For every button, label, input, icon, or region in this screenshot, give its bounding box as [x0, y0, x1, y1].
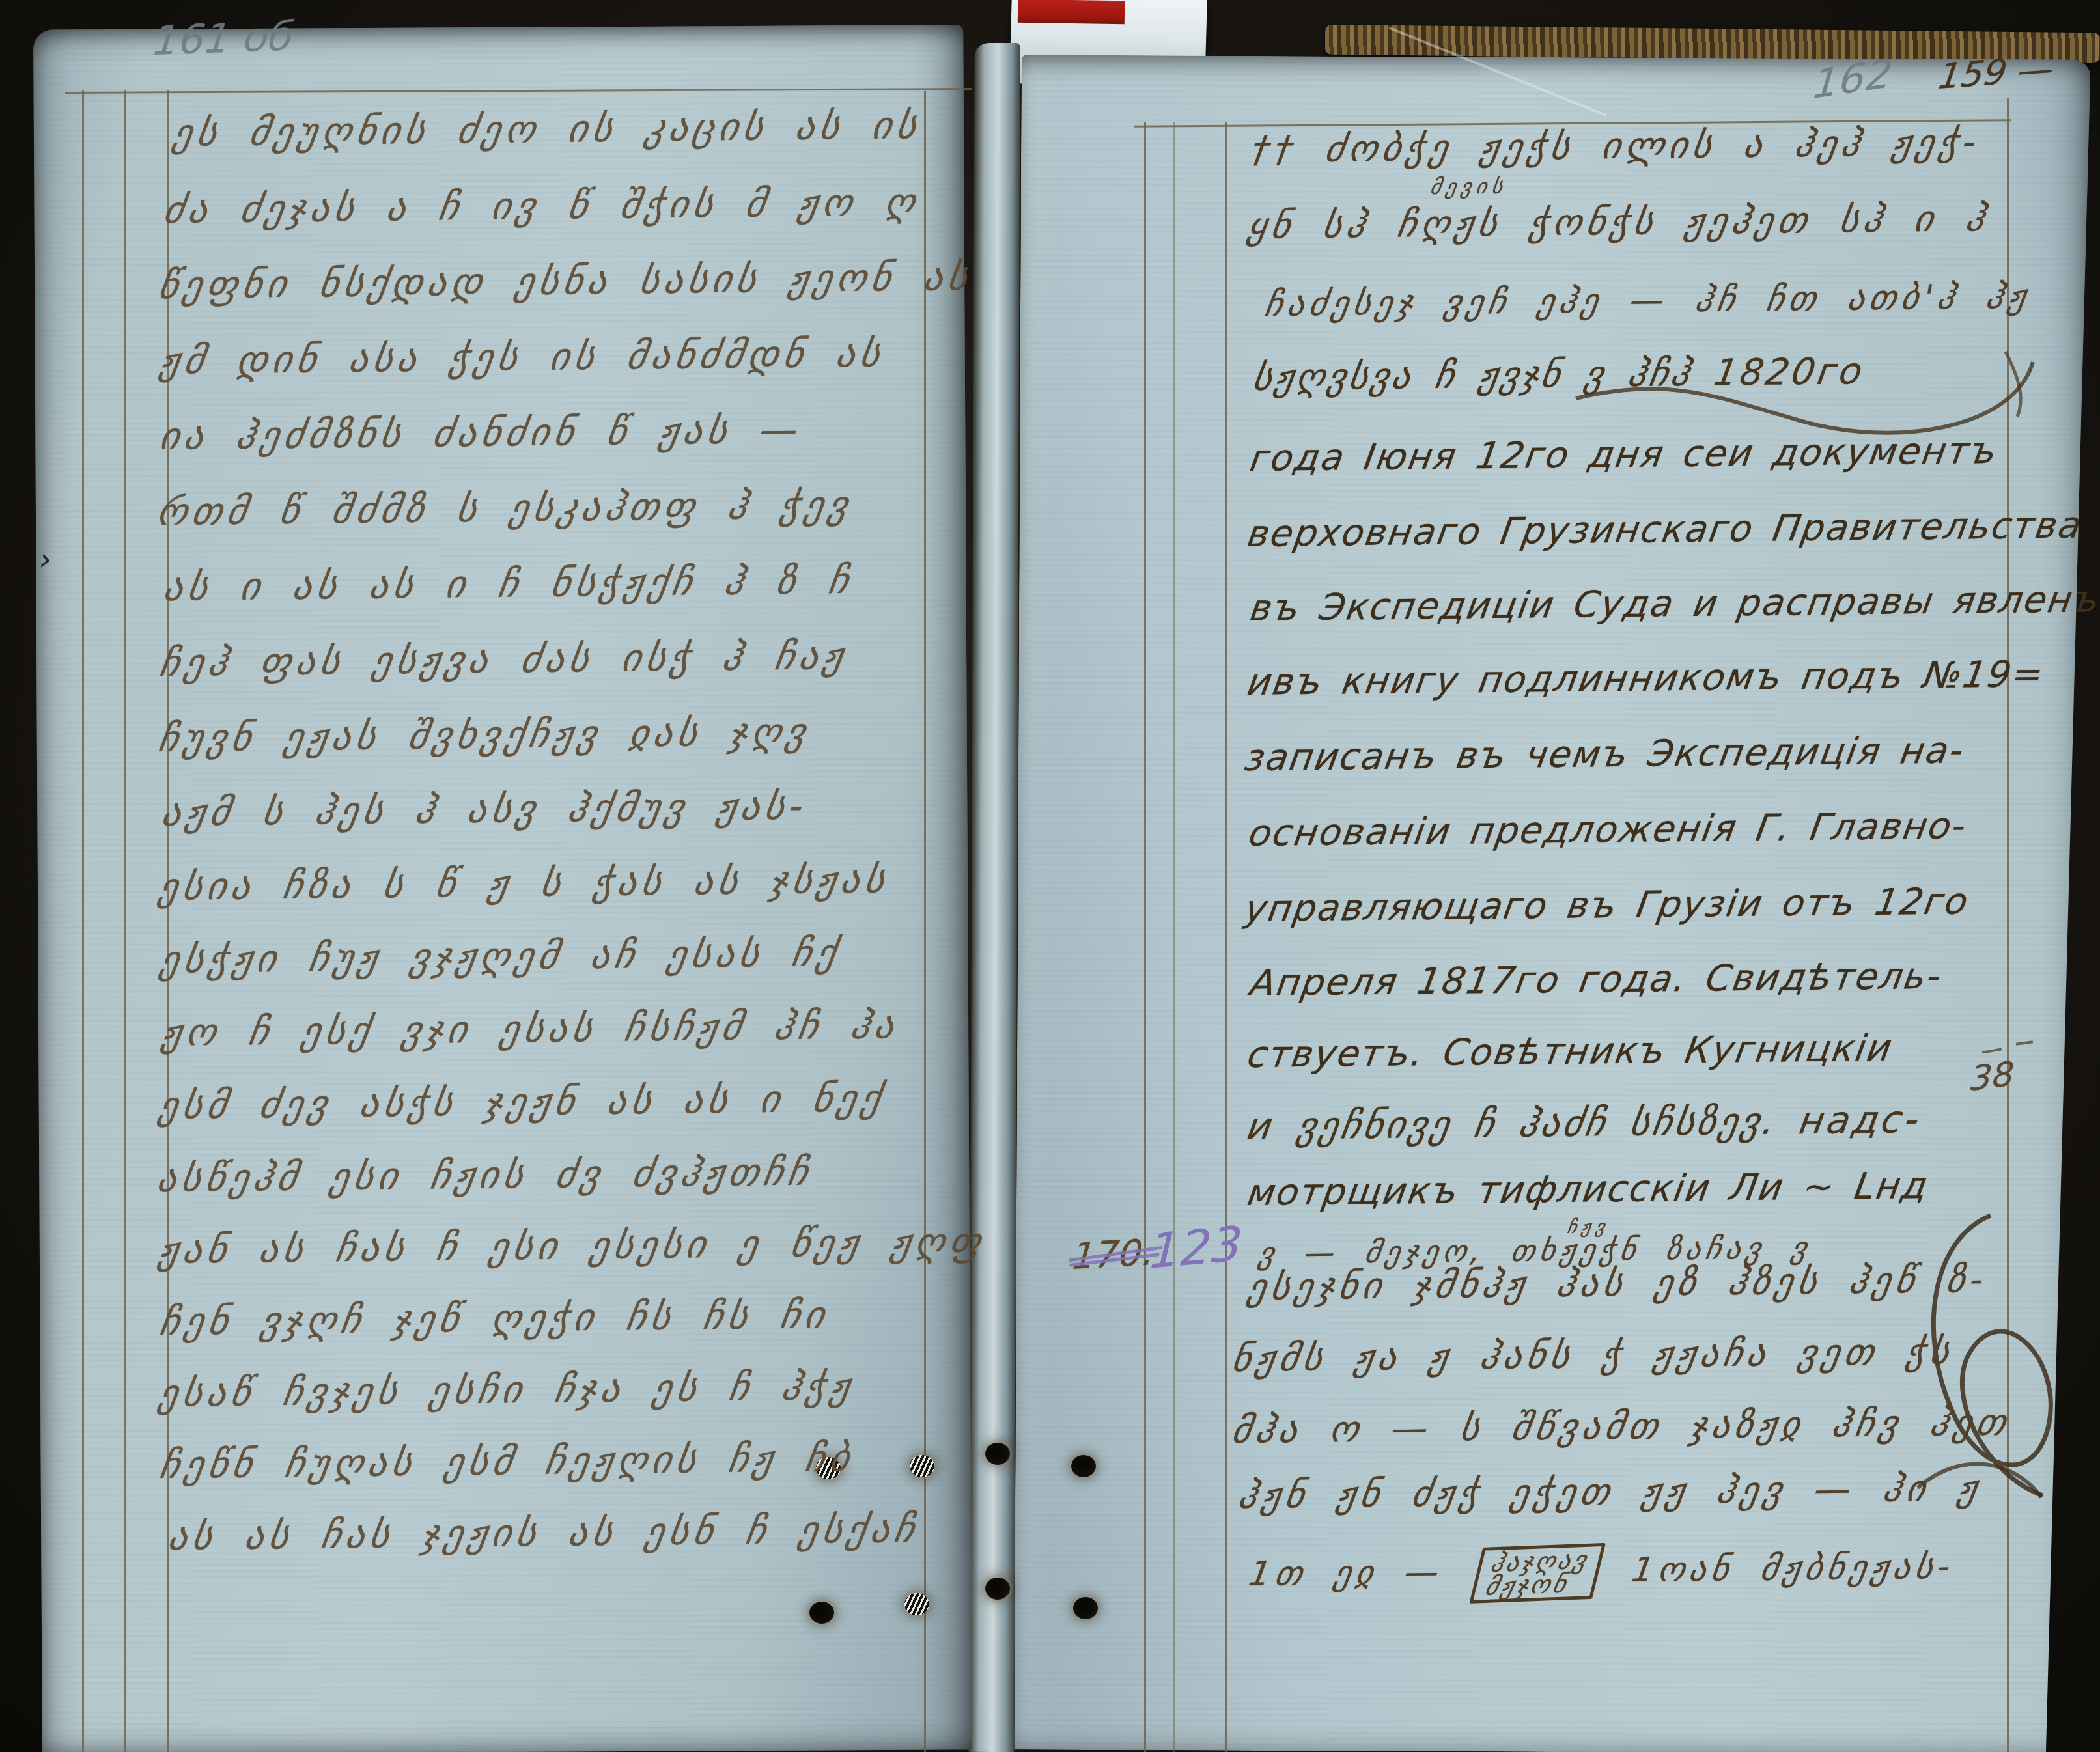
manuscript-line: წეფნი ნსქდად ესნა სასის ჟეონ ას — [156, 255, 976, 307]
interlinear-insertion: მევის — [1429, 174, 1509, 199]
manuscript-line: ას ი ას ას ი ჩ ნსჭჟქჩ ჰ ზ ჩ — [161, 558, 857, 609]
manuscript-line: ძა ძეჯას ა ჩ ივ წ შჭის მ ჟო ღ — [161, 180, 923, 232]
manuscript-line: основанiи предложенiя Г. Главно- — [1246, 805, 1970, 855]
manuscript-line: ეს მეუღნის ძეო ის კაცის ას ის — [170, 103, 925, 155]
binding-hole — [809, 1602, 834, 1624]
binding-hole — [1073, 1597, 1098, 1619]
manuscript-line: †† ძობჭე ჟეჭს ილის ა ჰეჰ ჟეჭ- — [1248, 121, 1984, 171]
manuscript-line: мотрщикъ тифлисскiи Ли ~ Lнд — [1244, 1165, 1931, 1214]
manuscript-line: ას ას ჩას ჯეჟის ას ესნ ჩ ესქაჩ — [165, 1507, 923, 1559]
manuscript-line: ესია ჩზა ს წ ჟ ს ჭას ას ჯსჟას — [156, 857, 893, 909]
manuscript-line: въ Экспедицiи Суда и расправы явленъ — [1247, 578, 2100, 630]
folio-number-ink-right: 159 — — [1936, 48, 2056, 97]
manuscript-line: სჟღვსვა ჩ ჟვჯნ ვ ჰჩჰ 1820го — [1250, 350, 1868, 399]
manuscript-line: ჩენ ვჯღჩ ჯეწ ღეჭი ჩს ჩს ჩი — [157, 1292, 833, 1344]
manuscript-line: ნჟმს ჟა ჟ ჰანს ჭ ჟჟაჩა ვეთ ჭს — [1229, 1330, 1957, 1380]
binding-hole — [904, 1593, 929, 1615]
ruled-margin-line — [924, 91, 926, 1752]
manuscript-line: ია ჰეძმზნს ძანძინ წ ჟას — — [157, 408, 806, 458]
box-line-post: 1ოან მჟბნეჟას- — [1602, 1548, 1957, 1591]
ruled-margin-line — [1225, 122, 1227, 1752]
manuscript-line: ჩაძესეჯ ვეჩ ეჰე — ჰჩ ჩთ ათბ'ჰ ჰჟ — [1262, 277, 2034, 324]
manuscript-line: Апреля 1817го года. Свидѣтель- — [1247, 955, 1945, 1005]
interlinear-insertion: ჩჟვ — [1566, 1216, 1612, 1238]
folio-number-pencil-left: 161 об — [151, 12, 296, 64]
manuscript-line: записанъ въ чемъ Экспедицiя на- — [1242, 729, 1968, 779]
manuscript-line: ყნ სჰ ჩღჟს ჭონჭს ჟეჰეთ სჰ ი ჰ — [1244, 197, 1993, 247]
manuscript-line: ესაწ ჩვჯეს ესჩი ჩჯა ეს ჩ ჰჭჟ — [156, 1364, 858, 1415]
boxed-registrar-mark: ჰაჯღავმჟჯონ — [1469, 1543, 1605, 1604]
binding-hole — [985, 1443, 1010, 1465]
manuscript-line: ესმ ძევ ასჭს ჯეჟნ ას ას ი ნექ — [156, 1076, 889, 1128]
manuscript-line: ивъ книгу подлинникомъ подъ №19= — [1244, 653, 2047, 704]
manuscript-line: года Іюня 12го дня сеи документъ — [1247, 430, 2001, 480]
binding-hole — [1071, 1455, 1096, 1477]
ruled-margin-line — [82, 90, 84, 1752]
manuscript-line: ჩუვნ ეჟას შვხვქჩჟვ ჲას ჯღვ — [156, 710, 814, 760]
manuscript-line: верховнаго Грузинскаго Правительства — [1244, 505, 2086, 555]
binding-hole — [910, 1455, 934, 1477]
boxed-word: მჟჯონ — [1483, 1572, 1586, 1599]
box-line-pre: 1თ ეჲ — — [1246, 1553, 1474, 1594]
margin-pointer-mark: › — [39, 542, 51, 577]
manuscript-line: ასწეჰმ ესი ჩჟის ძვ ძვჰჟთჩჩ — [154, 1149, 817, 1201]
binding-hole — [985, 1578, 1010, 1600]
manuscript-line-with-box: 1თ ეჲ — ჰაჯღავმჟჯონ 1ოან მჟბნეჟას- — [1244, 1541, 1959, 1605]
manuscript-line: ჟო ჩ ესქ ვჯი ესას ჩსჩჟმ ჰჩ ჰა — [159, 1003, 903, 1055]
manuscript-line: ესჭჟი ჩუჟ ვჯჟღემ აჩ ესას ჩქ — [157, 930, 845, 982]
ruled-margin-line — [1144, 122, 1146, 1752]
manuscript-line: ჰჟნ ჟნ ძჟჭ ეჭეთ ჟჟ ჰევ — ჰი ჟ — [1235, 1467, 1985, 1517]
gutter-page-edge — [968, 43, 1020, 1752]
manuscript-line: ствуетъ. Совѣтникъ Кугницкiи — [1244, 1027, 1896, 1076]
manuscript-line: управляющаго въ Грузiи отъ 12го — [1242, 880, 1972, 930]
manuscript-line: ჩეწნ ჩუღას ესმ ჩეჟღის ჩჟ ჩბ — [157, 1436, 858, 1487]
bookmark-red-tip — [1018, 0, 1125, 24]
margin-side-number: 38 — [1970, 1055, 2015, 1099]
manuscript-line: ესეჯნი ჯმნჰჟ ჰას ეზ ჰზეს ჰეწ ზ- — [1244, 1258, 1991, 1309]
manuscript-line: ჩეჰ ფას ესჟვა ძას ისჭ ჰ ჩაჟ — [157, 633, 851, 685]
manuscript-line: и ვეჩნივე ჩ ჰაძჩ სჩსზევ. надс- — [1244, 1097, 1925, 1148]
manuscript-line: ჟან ას ჩას ჩ ესი ესესი ე წეჟ ჟღფ — [156, 1219, 990, 1272]
ruled-margin-line — [124, 90, 126, 1752]
margin-new-number: 123 — [1148, 1216, 1244, 1280]
manuscript-line: მჰა ო — ს შწვამთ ჯაზჟჲ ჰჩვ ჰეთ — [1229, 1402, 2014, 1452]
manuscript-line: რთმ წ შძმზ ს ესკაჰთფ ჰ ჭევ — [154, 482, 856, 534]
manuscript-line: ჟმ დინ ასა ჭეს ის მანძმდნ ას — [157, 331, 889, 383]
ruled-margin-line — [1173, 122, 1175, 1752]
manuscript-line: აჟმ ს ჰეს ჰ ასვ ჰქმუვ ჟას- — [159, 784, 811, 835]
margin-old-number: 170. — [1071, 1231, 1156, 1277]
manuscript-scan: 161 об 162 159 — 170. 123 38 › ეს მეუღნი… — [0, 0, 2100, 1752]
